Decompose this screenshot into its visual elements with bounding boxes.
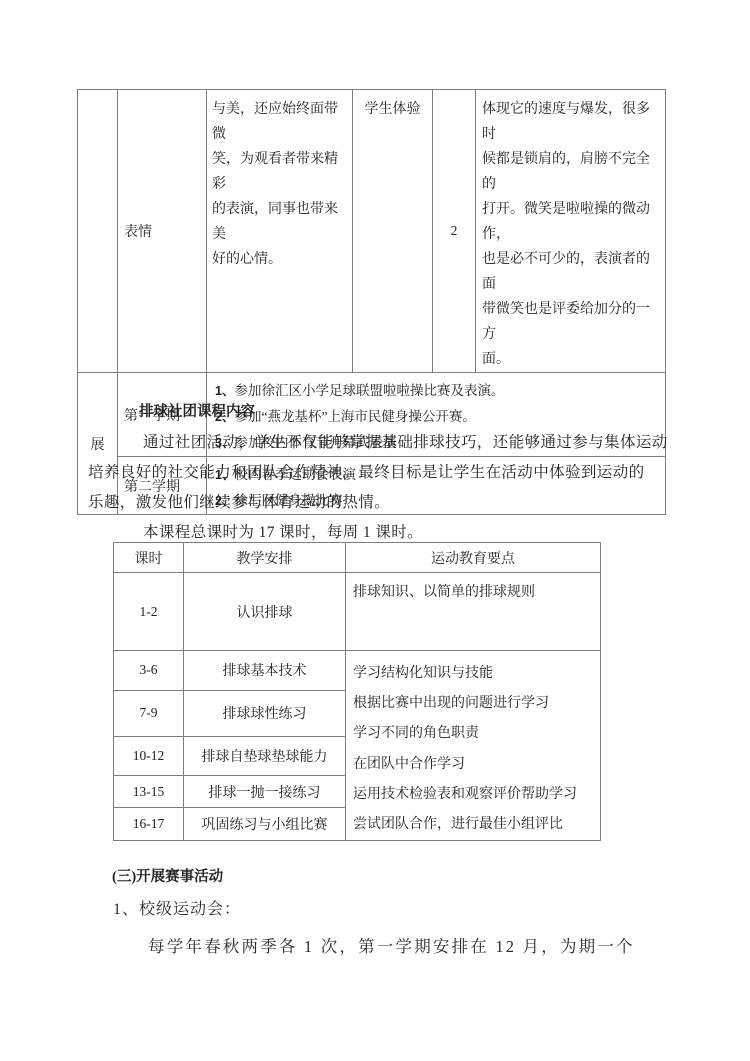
note-line: 也是必不可少的，表演者的面	[482, 247, 661, 297]
item-number: 1、	[215, 384, 234, 398]
paragraph-line: 通过社团活动，学生不仅能够掌握基础排球技巧，还能够通过参与集体运动	[88, 428, 668, 458]
paragraph-line: 乐趣，激发他们继续参与体育运动的热情。	[88, 488, 668, 518]
points-line: 根据比赛中出现的问题进行学习	[353, 689, 596, 719]
points-line: 尝试团队合作，进行最佳小组评比	[353, 810, 596, 840]
arrangement-cell: 巩固练习与小组比赛	[184, 807, 346, 840]
item-text: 参加徐汇区小学足球联盟啦啦操比赛及表演。	[234, 383, 504, 398]
column-header-points: 运动教育要点	[346, 543, 601, 573]
points-line: 运用技术检验表和观察评价帮助学习	[353, 780, 596, 810]
expression-label: 表情	[124, 225, 152, 240]
hours-cell: 16-17	[114, 807, 184, 840]
paragraph-line: 培养良好的社交能力和团队合作精神。最终目标是让学生在活动中体验到运动的	[88, 458, 668, 488]
arrangement-cell: 排球球性练习	[184, 690, 346, 736]
note-line: 带微笑也是评委给加分的一方	[482, 297, 661, 347]
column-header-hours: 课时	[114, 543, 184, 573]
expression-label-cell: 表情	[118, 90, 207, 373]
empty-cell	[78, 90, 118, 373]
arrangement-cell: 排球一抛一接练习	[184, 776, 346, 807]
column-header-arrangement: 教学安排	[184, 543, 346, 573]
arrangement-cell: 认识排球	[184, 573, 346, 651]
hours-cell: 2	[433, 90, 476, 373]
desc-line: 的表演，同事也带来美	[212, 197, 349, 247]
note-line: 面。	[482, 347, 661, 372]
points-line: 在团队中合作学习	[353, 750, 596, 780]
points-line: 学习结构化知识与技能	[353, 659, 596, 689]
desc-line: 好的心情。	[212, 247, 349, 272]
expression-note-cell: 体现它的速度与爆发，很多时 候都是锁肩的，肩膀不完全的 打开。微笑是啦啦操的微动…	[476, 90, 666, 373]
note-line: 打开。微笑是啦啦操的微动作，	[482, 197, 661, 247]
hours-cell: 7-9	[114, 690, 184, 736]
section3-paragraph: 每学年春秋两季各 1 次，第一学期安排在 12 月，为期一个	[113, 936, 693, 958]
hours-cell: 1-2	[114, 573, 184, 651]
hours-cell: 13-15	[114, 776, 184, 807]
student-experience-label: 学生体验	[365, 102, 421, 117]
section3-heading: (三)开展赛事活动	[112, 868, 223, 886]
list-item: 1、参加徐汇区小学足球联盟啦啦操比赛及表演。	[215, 378, 665, 404]
course-content-heading: 排球社团课程内容	[88, 402, 662, 422]
hours-cell: 3-6	[114, 651, 184, 691]
merged-points-cell: 学习结构化知识与技能 根据比赛中出现的问题进行学习 学习不同的角色职责 在团队中…	[346, 651, 601, 841]
points-line: 学习不同的角色职责	[353, 719, 596, 749]
desc-line: 与美，还应始终面带微	[212, 97, 349, 147]
desc-line: 笑，为观看者带来精彩	[212, 147, 349, 197]
course-schedule-table: 课时 教学安排 运动教育要点 1-2 认识排球 排球知识、以简单的排球规则 3-…	[113, 542, 601, 841]
expression-desc-cell: 与美，还应始终面带微 笑，为观看者带来精彩 的表演，同事也带来美 好的心情。	[207, 90, 353, 373]
course-intro-paragraph: 通过社团活动，学生不仅能够掌握基础排球技巧，还能够通过参与集体运动 培养良好的社…	[88, 428, 668, 518]
student-experience-cell: 学生体验	[353, 90, 433, 373]
arrangement-cell: 排球自垫球垫球能力	[184, 736, 346, 776]
note-line: 体现它的速度与爆发，很多时	[482, 97, 661, 147]
hours-cell: 10-12	[114, 736, 184, 776]
arrangement-cell: 排球基本技术	[184, 651, 346, 691]
note-line: 候都是锁肩的，肩膀不完全的	[482, 147, 661, 197]
points-cell: 排球知识、以简单的排球规则	[346, 573, 601, 651]
section3-item1: 1、校级运动会：	[113, 900, 241, 920]
hours-value: 2	[451, 223, 458, 238]
